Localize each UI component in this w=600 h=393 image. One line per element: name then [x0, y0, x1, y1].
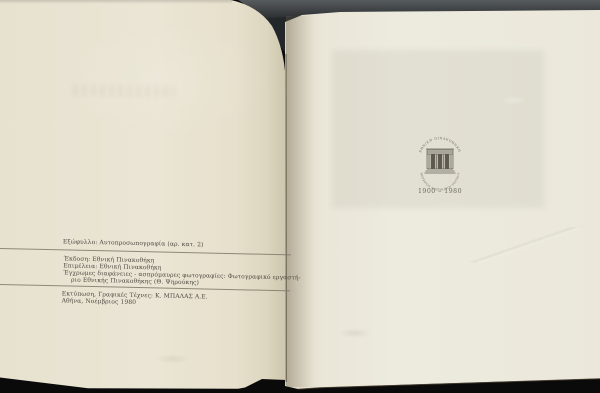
book-backdrop: ΕΘΝΙΚΗ ΠΙΝΑΚΟΘΗΚΗ ΜΟΥΣΕΙΟΝ ΑΛΕΞΑΝΔΡΟΥ ΣΟ…	[0, 0, 600, 393]
anniversary-dates: 1900 – 1980	[405, 188, 475, 195]
colophon-cover-note: Εξώφυλλο: Αυτοπροσωπογραφία (αρ. κατ. 2)	[63, 238, 204, 248]
colophon-rule	[0, 248, 291, 255]
colophon-credit-line: ριο Εθνικής Πινακοθήκης (Θ. Ψηρούκης)	[71, 277, 199, 287]
open-book-photo: ΕΘΝΙΚΗ ΠΙΝΑΚΟΘΗΚΗ ΜΟΥΣΕΙΟΝ ΑΛΕΞΑΝΔΡΟΥ ΣΟ…	[0, 0, 600, 393]
gutter-shadow-right	[286, 16, 314, 387]
colophon-block: Εξώφυλλο: Αυτοπροσωπογραφία (αρ. κατ. 2)…	[0, 236, 300, 323]
left-page-top-shade	[0, 0, 232, 4]
colophon-imprint-line: Αθήνα, Νοέμβριος 1980	[62, 297, 137, 306]
left-page	[0, 0, 287, 389]
right-page	[285, 10, 600, 389]
